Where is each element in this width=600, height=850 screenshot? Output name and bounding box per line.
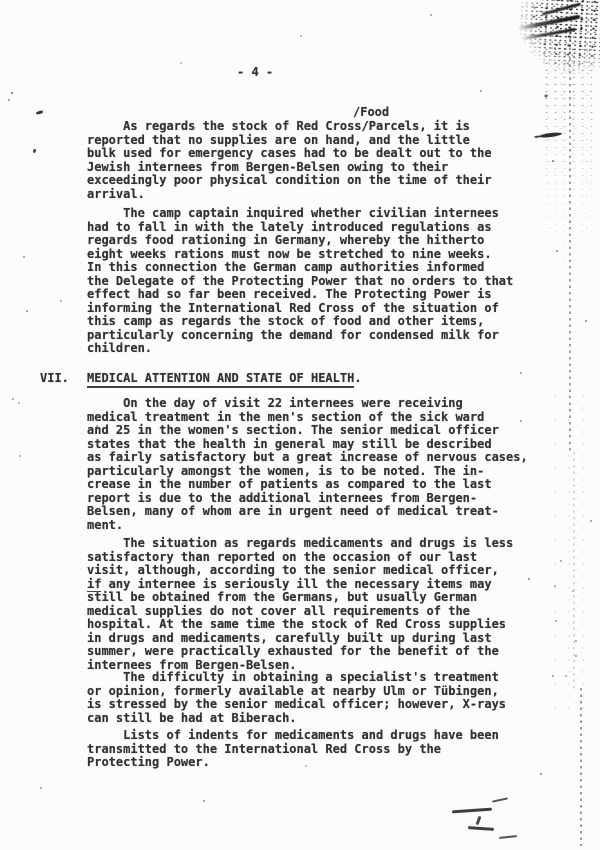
paragraph-specialist-treatment: The difficulty in obtaining a specialist… bbox=[87, 671, 506, 725]
scan-noise-right-strip-lower bbox=[548, 390, 596, 710]
scan-edge-dotted-line-bottom bbox=[580, 688, 582, 846]
paragraph-lists-of-indents: Lists of indents for medicaments and dru… bbox=[87, 729, 499, 770]
section-heading-period: . bbox=[354, 371, 361, 385]
section-heading: MEDICAL ATTENTION AND STATE OF HEALTH. bbox=[87, 372, 362, 386]
scan-edge-dotted-line-middle bbox=[573, 452, 575, 688]
scan-specks bbox=[0, 0, 2, 2]
paragraph-medicaments-drugs: The situation as regards medicaments and… bbox=[87, 537, 513, 672]
page-number: - 4 - bbox=[237, 66, 273, 80]
section-numeral: VII. bbox=[40, 372, 69, 386]
scanned-document-page: - 4 - /Food As regards the stock of Red … bbox=[0, 0, 600, 850]
section-heading-text: MEDICAL ATTENTION AND STATE OF HEALTH bbox=[87, 371, 354, 388]
paragraph-medical-treatment: On the day of visit 22 internees were re… bbox=[87, 397, 528, 532]
typed-insertion-food: /Food bbox=[353, 106, 389, 120]
scan-edge-dotted-line-top bbox=[569, 32, 571, 452]
paragraph-red-cross-parcels: As regards the stock of Red Cross/Parcel… bbox=[87, 120, 492, 201]
paragraph-medicaments-part1: The situation as regards medicaments and… bbox=[87, 536, 513, 577]
paragraph-medicaments-part2: any internee is seriously ill the necess… bbox=[87, 577, 506, 672]
paragraph-food-rationing: The camp captain inquired whether civili… bbox=[87, 207, 513, 356]
